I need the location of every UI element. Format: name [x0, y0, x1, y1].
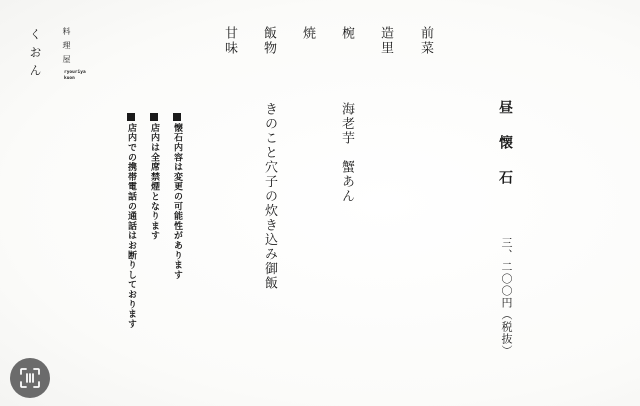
logo-name: くおん	[28, 28, 42, 82]
logo-roman: ryouriya kuon	[64, 70, 86, 82]
course-label-zensai: 前菜	[418, 26, 433, 56]
course-label-tsukuri: 造里	[378, 26, 393, 56]
live-text-button[interactable]	[10, 358, 50, 398]
menu-image: くおん 料理屋 ryouriya kuon 前菜 造里 椀 焼 飯物 甘味 海老…	[0, 0, 640, 406]
square-bullet-icon	[127, 113, 135, 121]
square-bullet-icon	[173, 113, 181, 121]
dish-meshimono: きのこと穴子の炊き込み御飯	[262, 102, 277, 291]
note-item: 店内は全席禁煙となります	[148, 113, 159, 241]
note-item: 懐石内容は変更の可能性があります	[171, 113, 182, 280]
dish-wan: 海老芋 蟹あん	[339, 102, 354, 204]
logo-type: 料理屋	[61, 27, 71, 69]
menu-title: 昼懐石	[497, 100, 513, 205]
course-label-wan: 椀	[339, 26, 354, 41]
live-text-scan-icon	[19, 367, 41, 389]
course-label-kanmi: 甘味	[222, 26, 237, 56]
menu-price: 三、二〇〇円（税抜）	[500, 237, 513, 357]
course-label-meshimono: 飯物	[261, 26, 276, 56]
course-label-yaki: 焼	[300, 26, 315, 41]
logo-roman-line2: kuon	[64, 76, 86, 82]
square-bullet-icon	[150, 113, 158, 121]
note-item: 店内での携帯電話の通話はお断りしております	[125, 113, 136, 329]
